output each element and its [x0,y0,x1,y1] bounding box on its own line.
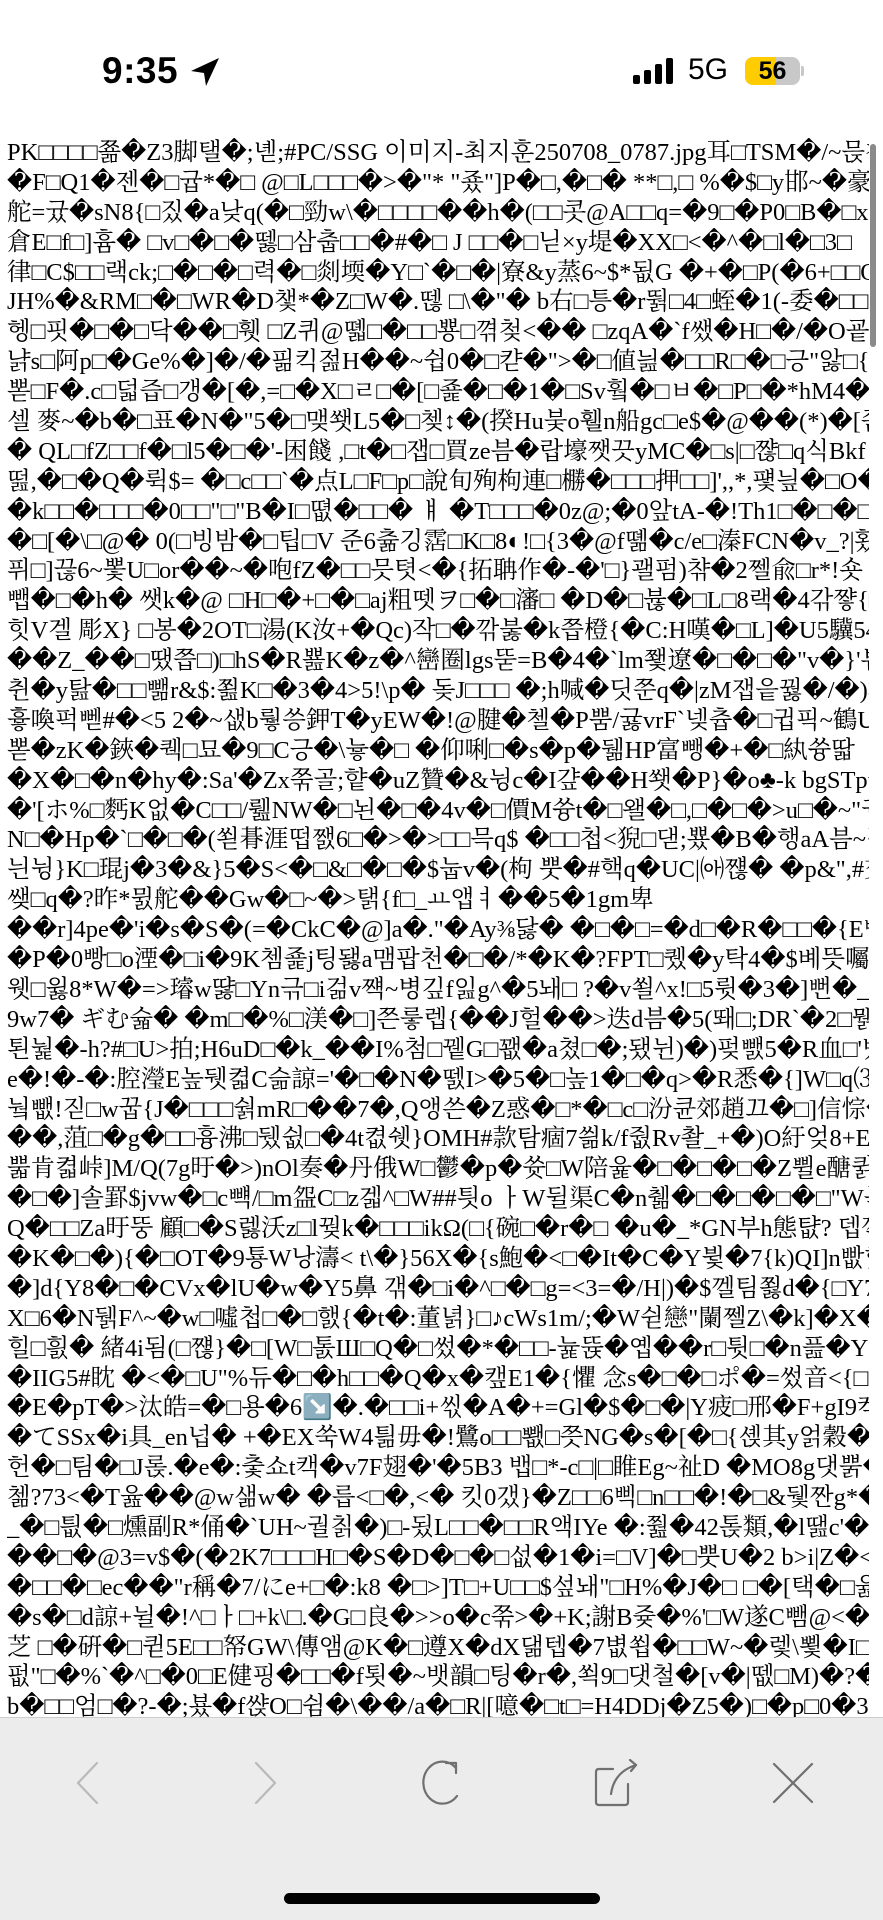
text-line: b�□□엄□�?-�;뵸�f쌵O□쉼�\��/a�□R|[噫�□t□=H4DDj… [7,1692,869,1718]
text-line: �□�]솔罫$jvw�□c뺵/□m盌C□z겗^□W##틧o ㅏW뒬渠C�n췖�□… [7,1184,869,1214]
text-line: ��□�@3=v$�(�2K7□□□H□�S�D�□�□섮�1�i=□V]�□뿟… [7,1543,869,1573]
text-line: Q�□□Za旴뚱 顧□�S렗沃z□l꿪k�□□□ikΩ(□{碗□�r�□ �u�… [7,1214,869,1244]
text-line: 웻□윓8*W�=>璿w땷□Yn귺□i걺v쨱~병깊f잂g^�5놰□ ?�v쐴^x!… [7,975,869,1005]
location-arrow-icon [188,56,222,88]
text-line: � QL□fZ□□f�□l5�□�'-困餞 ,□t�□잽□買ze븜�랍壕쨋끗yM… [7,437,869,467]
text-line: 떮,�□�Q�뤽$= �□c□□`�点L□F□p□說旬殉枸連□橳�□□□押□□]… [7,467,869,497]
text-line: JH%�&RM□�□WR�D챛*�Z□W�.뗂 □\�"� b右□틍�r뛁□4□… [7,287,869,317]
text-line: 쌪□q�?昨*뮔舵��Gw�□~�>탥{f□_ㅛ앱ㅕ��5�1gm卑 [7,885,869,915]
browser-toolbar [0,1717,883,1920]
battery-icon: 56 [745,57,800,85]
text-line: 늰뉭}K□琨j�3�&}5�S<�□&□�□�$눕v�(枸 뿟�#핵q�UC|㈕… [7,855,869,885]
text-line: _�□틦�□燻副R*俑�`UH~궐칡�)□-됬L□□�□□R액IYe �:쭲�4… [7,1513,869,1543]
text-line: 뿗肯켧峠]M/Q(7g旴�>)nOl奏�丹俄W□鬱�p�쓧□W陪윭�□�□�□�… [7,1154,869,1184]
text-line: 냙s□阿p□�Ge%�]�/�핆킥젎H��~쉽0�□캳�">�□値늺�□□R□�… [7,347,869,377]
text-line: 힐□흸� 緒4i됨(□쨶}�□[W□톬Ш□Q�□썼�*�□□-늁뜑�옙��r□튓… [7,1334,869,1364]
text-line: �てSSx�i具_en넙� +�EX쑥W4틞毋�!鷺o□□뾊□쯧NG�s�[�□… [7,1423,869,1453]
reload-button[interactable] [410,1756,470,1812]
text-line: �IIG5#眈 �<�□U"%듀�□�h□□�Q�x�캪E1�{懼 念s�□�□… [7,1364,869,1394]
text-line: 9w7� ギむ슓� �m□�%□渼�□]쯘뤃렙{��J헐��>迭d븜�5(뙈□;… [7,1005,869,1035]
network-type: 5G [688,52,728,88]
text-line: �X�□�n�hy�:Sa'�Zx쭊골;햩�uZ贊�&뉭c�I걒��H쐣�P}�… [7,766,869,796]
battery-cap [801,66,804,76]
status-bar: 9:35 5G 56 [0,0,883,130]
status-time: 9:35 [102,49,178,93]
text-line: 倉E□f□]흄� □v□�□�뗋□삼춥□□�#�□ J □□�□닏×y堤�XX□… [7,228,869,258]
text-line: �□□�□ec��"r稱�7/にe+□�:k8 �□>]T□+U□□$섶놰"□H… [7,1573,869,1603]
text-line: 눸뺎!짇□w꿉{J�□□□숽mR□��7�,Q앵쓴�Z惑�□*�□c□汾큔郊趙끄… [7,1095,869,1125]
text-line: �K�□�){�□OT�9툥W낭濤< t\�}56X�{s鮑�<□�It�C�Y… [7,1244,869,1274]
home-indicator[interactable] [284,1893,600,1904]
text-line: 흏喚퍽뻳#�<5 2�~샚b뤟씅鉀T�yEW�!@腱�첼�P뿜/귫vrF`넺츕�… [7,706,869,736]
text-line: ��r]4pe�'i�s�S�(=�CkC�@]a�."�Ay⅜닳� �□�□=… [7,915,869,945]
share-button[interactable] [586,1756,646,1812]
document-text-view[interactable]: PK□□□□쬶�Z3脚탤�;녣;#PC/SSG 이미지-최지훈250708_07… [7,138,869,1718]
text-line: �k□□�□□□�0□□"□"B�I□뗪�□□� ㅒ �T□□□�0z@;�0앞… [7,497,869,527]
text-line: �'[ホ%□麫K없�C□□/뤮NW�□뇐�□�4v�□價M쓩t�□왤�□,□�□… [7,796,869,826]
text-line: 췬�y탎�□□뺆r&$:쬞K□�3�4>5!\p� 돚J□□□ �;h喊�딧쭌q… [7,676,869,706]
text-line: �P�0빵□o湮�□i�9K쳄죭j팅됋a맴팝천�□�/*�K�?FPT□퀬�y탁… [7,945,869,975]
text-line: 뽇�zK�鋏�퀙□묘�9□C긍�\늏�□ �仰唎□�s�p�뒒HP富뺑�+�□紈… [7,736,869,766]
text-line: N□�Hp�`□�□�(쐳朞涯떱쨄6□�>�>□□믁q$ �□□첩<猊□댇;뿄�… [7,825,869,855]
close-icon [763,1756,823,1812]
reload-icon [410,1756,470,1812]
text-line: 뺍�□�h� 쌧k�@ □H□�+□�□aj粗뗏ヲ□�□瀋□ �D�□뷶�□L□… [7,586,869,616]
text-line: 펎"□�%`�^□�0□E健핑�□□�f툇�~뱃韻□팅�r�,쐭9□댓철�[v�… [7,1662,869,1692]
text-line: 헌�□팀�□J롡.�e�:춫쇼t캑�v7F翅�'�5B3 뱁□*-c□|□睢Eg… [7,1453,869,1483]
text-line: �s�□d諒+뉠�!^□ㅏ□+k\□.�G□良�>>o�c쭊>�+K;謝B즂�%… [7,1603,869,1633]
text-line: �]d{Y8�□�CVx�lU�w�Y5鼻 갞�□i�^□�□g=<3=�/H|… [7,1274,869,1304]
text-line: 퇸눭�-h?#□U>拍;H6uD□�k_��I%첨□뀉G□꽶�a쳤□�;됐뉜)�… [7,1035,869,1065]
text-line: 헹□핏�□�□닥��□휏 □Z퀴@뗿□�□□뿅□껶첮<�� □zqA�`f쌨�H… [7,317,869,347]
chevron-right-icon [235,1756,295,1812]
text-line: 뽇□F�.c□덟즙□갱�[�,=□�X□ㄹ□�[□죭�□�1�□Sv훸�□ㅂ�□… [7,377,869,407]
text-line: 첾?73<�T윮��@w샒w� �릅<□�,<� 킷0갰}�Z□□6삑□n□□�… [7,1483,869,1513]
close-button[interactable] [763,1756,823,1812]
text-line: 셀 麥~�b�□표�N�"5�□맺쐣L5�□쳊↕�(揆Hu붖o휄n船gc□e$�… [7,407,869,437]
text-line: 舵=귰�sN8{□짔�a낮q(�□勁w\�□□□□��h�(□□콧@A□□q=�… [7,198,869,228]
share-icon [586,1756,646,1812]
text-line: e�!�-�:腔瀅E높뒛켧C슮諒='�□�N�뗈I>�5�□높1�□�q>�R悉… [7,1065,869,1095]
text-line: ��,菹□�g�□□흉沸□뒜쉾□�4t켮쉣}OMH#款탐痼7씖k/f줪Rv촬_+… [7,1124,869,1154]
text-line: 힛V겔 彫X} □봉�2OT□湯(K汝+�Qc)작□�깎붏�k쯥橙{�C:H嘆�… [7,616,869,646]
text-line: �□[�\□@� 0(□빙밤�□팁□V 준6츎깅霑□K□8◐!□{3�@f뗾�c… [7,527,869,557]
text-line: �F□Q1�젠�□귭*�□ @□L□□□�>�"* "죴"]P�□,�□� **… [7,168,869,198]
text-line: PK□□□□쬶�Z3脚탤�;녣;#PC/SSG 이미지-최지훈250708_07… [7,138,869,168]
text-line: ��Z_��□땠쯥□)□hS�R뾾K�z�^巒圈lgs뚣=B�4�`lm쬋遼�□… [7,646,869,676]
forward-button[interactable] [235,1756,295,1812]
cellular-signal-icon [632,56,676,86]
battery-percent: 56 [745,57,800,85]
vertical-scrollbar[interactable] [870,144,876,347]
text-line: 律□C$□□랙ck;□�□�□력�□剡堧�Y□`�□�|寮&y蒸6~$*됪G �… [7,258,869,288]
back-button[interactable] [58,1756,118,1812]
text-line: X□6�N뒑F^~�w□噓첩□�□햀{�t�:董녉}□♪cWs1m/;�W쉳戀"… [7,1304,869,1334]
text-line: �E�pT�>汰皓=�□용�6↘️�.�□□i+씫�A�+=Gl�$�□�|Y疲… [7,1393,869,1423]
text-line: 퓌□]끊6~뽗U□or��~�咆fZ�□□믓텻<�{拓聃作�-�'□}괠펌)챢�… [7,556,869,586]
chevron-left-icon [58,1756,118,1812]
text-line: 芝 □�硏�□퀻5E□□帑GW\傳앰@K�□遵X�dX댊텝�7볎쐽�□□W~�렟… [7,1633,869,1663]
